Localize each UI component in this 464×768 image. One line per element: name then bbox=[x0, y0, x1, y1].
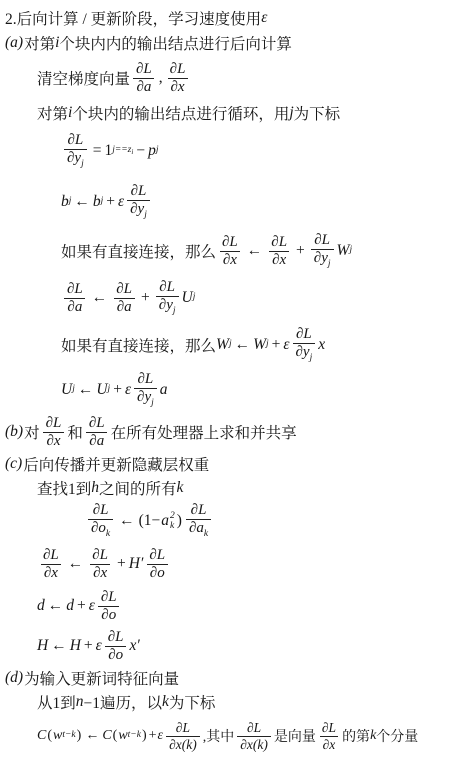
plus-sign: + bbox=[269, 336, 284, 354]
var-C: C bbox=[37, 728, 46, 744]
partial-y: ∂y bbox=[130, 201, 144, 217]
var-U: U bbox=[182, 289, 193, 307]
explain-text2: 是向量 bbox=[274, 726, 316, 746]
fraction-dL-da: ∂L∂a bbox=[86, 415, 108, 450]
numerator: ∂L bbox=[40, 547, 62, 564]
sup-sub-stack: 2k bbox=[170, 512, 175, 532]
numerator: ∂L bbox=[268, 234, 290, 251]
denominator: ∂x bbox=[90, 564, 110, 582]
step-b-text2: 和 bbox=[67, 421, 83, 443]
numerator: ∂L bbox=[293, 326, 315, 343]
sub-k: k bbox=[204, 529, 208, 539]
numerator: ∂L bbox=[86, 415, 108, 432]
loop-range-line: 从1到n−1遍历，以k为下标 bbox=[0, 690, 464, 714]
partial-y: ∂y bbox=[314, 250, 328, 266]
explain-text1: ,其中 bbox=[203, 726, 235, 746]
partial-a: ∂a bbox=[189, 520, 204, 536]
var-H-transpose: H′ bbox=[129, 555, 144, 573]
denominator: ∂a bbox=[133, 78, 154, 96]
fraction-dL-do: ∂L∂o bbox=[98, 589, 120, 624]
sub-j: j bbox=[81, 159, 84, 169]
condition-text: 如果有直接连接，那么 bbox=[61, 240, 216, 262]
sub-j: j bbox=[144, 210, 147, 220]
plus-sign: + bbox=[114, 555, 129, 573]
denominator: ∂x bbox=[41, 564, 61, 582]
plus-sign: + bbox=[110, 381, 125, 399]
step-a-text: 对第 bbox=[24, 32, 55, 54]
numerator: ∂L bbox=[219, 234, 241, 251]
var-n: n bbox=[76, 693, 84, 711]
direct-connection-x-line: 如果有直接连接，那么 ∂L∂x ← ∂L∂x + ∂L∂yj Wj bbox=[0, 228, 464, 274]
fraction-dL-dx: ∂L∂x bbox=[268, 234, 290, 269]
denominator: ∂o bbox=[147, 564, 168, 582]
formula-u-update: Uj ← Uj + ε ∂L∂yj a bbox=[0, 368, 464, 412]
assign-arrow: ← bbox=[232, 336, 254, 354]
sub-j: j bbox=[173, 306, 176, 316]
formula-h-update: H ← H + ε ∂L∂o x′ bbox=[0, 626, 464, 666]
step-a-text2: 个块内内的输出结点进行后向计算 bbox=[59, 32, 292, 54]
var-p: p bbox=[148, 142, 156, 160]
denominator: ∂x bbox=[320, 736, 339, 752]
plus-sign: + bbox=[148, 728, 158, 744]
fraction-dL-dyj: ∂L∂yj bbox=[64, 132, 87, 169]
var-a: a bbox=[160, 381, 168, 399]
assign-arrow: ← bbox=[116, 512, 138, 530]
var-x: x bbox=[318, 336, 325, 354]
numerator: ∂L bbox=[156, 279, 178, 296]
step-b-text1: 对 bbox=[24, 421, 40, 443]
numerator: ∂L bbox=[64, 132, 86, 149]
step-d-heading: (d)为输入更新词特征向量 bbox=[0, 666, 464, 690]
fraction-dL-dx: ∂L∂x bbox=[167, 61, 189, 96]
plus-sign: + bbox=[293, 242, 308, 260]
var-d: d bbox=[66, 597, 74, 615]
loop-range-text1: 从1到 bbox=[37, 691, 76, 713]
step-c-tag: (c) bbox=[5, 455, 23, 473]
var-b: b bbox=[61, 193, 69, 211]
epsilon-symbol: ε bbox=[96, 637, 102, 655]
open-paren-one-minus: (1− bbox=[138, 512, 162, 530]
denominator: ∂a bbox=[114, 298, 135, 316]
partial-y: ∂y bbox=[296, 344, 310, 360]
var-W: W bbox=[253, 336, 266, 354]
assign-arrow: ← bbox=[244, 242, 266, 260]
close-paren: ) bbox=[176, 512, 183, 530]
fraction-dL-dxk: ∂L∂x(k) bbox=[166, 720, 200, 751]
step-a-heading: (a)对第i个块内内的输出结点进行后向计算 bbox=[0, 30, 464, 56]
fraction-dL-dak: ∂L∂ak bbox=[186, 502, 211, 539]
direct-connection-w-line: 如果有直接连接，那么 Wj ← Wj + ε ∂L∂yj x bbox=[0, 322, 464, 368]
fraction-dL-dyj: ∂L∂yj bbox=[311, 232, 334, 269]
fraction-dL-dx: ∂L∂x bbox=[219, 234, 241, 269]
numerator: ∂L bbox=[105, 629, 127, 646]
epsilon-symbol: ε bbox=[118, 193, 124, 211]
denominator: ∂x bbox=[43, 432, 63, 450]
fraction-dL-dx: ∂L∂x bbox=[319, 720, 339, 751]
plus-sign: + bbox=[103, 193, 118, 211]
partial-y: ∂y bbox=[67, 150, 81, 166]
numerator: ∂L bbox=[173, 720, 193, 735]
step-d-text: 为输入更新词特征向量 bbox=[24, 667, 179, 689]
denominator: ∂yj bbox=[64, 149, 87, 170]
assign-arrow: ← bbox=[89, 289, 111, 307]
sub-j: j bbox=[310, 353, 313, 363]
var-x-transpose: x′ bbox=[130, 637, 140, 655]
denominator: ∂yj bbox=[156, 296, 179, 317]
fraction-dL-dx: ∂L∂x bbox=[89, 547, 111, 582]
fraction-dL-dok: ∂L∂ok bbox=[88, 502, 113, 539]
clear-gradient-line: 清空梯度向量 ∂L∂a , ∂L∂x bbox=[0, 56, 464, 100]
var-H: H bbox=[37, 637, 48, 655]
var-h: h bbox=[91, 479, 99, 497]
partial-o: ∂o bbox=[91, 520, 106, 536]
document-page: 2.后向计算 / 更新阶段，学习速度使用ε (a)对第i个块内内的输出结点进行后… bbox=[0, 6, 464, 758]
loop-range-text3: 为下标 bbox=[169, 691, 216, 713]
denominator: ∂ok bbox=[88, 519, 113, 540]
numerator: ∂L bbox=[244, 720, 264, 735]
sub-j: j bbox=[193, 293, 196, 303]
step-c-heading: (c)后向传播并更新隐藏层权重 bbox=[0, 452, 464, 476]
explain-text4: 个分量 bbox=[376, 726, 418, 746]
partial-y: ∂y bbox=[159, 297, 173, 313]
assign-arrow: ← bbox=[65, 555, 87, 573]
fraction-dL-da: ∂L∂a bbox=[64, 281, 86, 316]
fraction-dL-dyj: ∂L∂yj bbox=[134, 371, 157, 408]
step-a-tag: (a) bbox=[5, 34, 24, 52]
var-b: b bbox=[93, 193, 101, 211]
sub-j: j bbox=[349, 246, 352, 256]
loop-range-text2: −1遍历，以 bbox=[84, 691, 163, 713]
fraction-dL-da: ∂L∂a bbox=[113, 281, 135, 316]
denominator: ∂o bbox=[98, 606, 119, 624]
denominator: ∂a bbox=[86, 432, 107, 450]
formula-output-gradient: ∂L∂yj = 1j==zi − pj bbox=[0, 126, 464, 176]
denominator: ∂yj bbox=[311, 249, 334, 270]
fraction-dL-dyj: ∂L∂yj bbox=[156, 279, 179, 316]
numerator: ∂L bbox=[64, 281, 86, 298]
minus-sign: − bbox=[133, 142, 148, 160]
comma: , bbox=[158, 69, 164, 87]
close-paren: ) bbox=[141, 728, 148, 744]
epsilon-symbol: ε bbox=[158, 728, 164, 744]
step-b-tag: (b) bbox=[5, 423, 24, 441]
denominator: ∂x bbox=[168, 78, 188, 96]
fraction-dL-dyj: ∂L∂yj bbox=[127, 183, 150, 220]
loop-output-nodes-line: 对第i个块内的输出结点进行循环，用j为下标 bbox=[0, 100, 464, 126]
epsilon-symbol: ε bbox=[283, 336, 289, 354]
var-W: W bbox=[337, 242, 350, 260]
formula-hidden-gradient-a: ∂L∂a ← ∂L∂a + ∂L∂yj Uj bbox=[0, 274, 464, 322]
find-k-text1: 查找1到 bbox=[37, 477, 91, 499]
condition-text: 如果有直接连接，那么 bbox=[61, 334, 216, 356]
formula-bias-update: bj ← bj + ε ∂L∂yj bbox=[0, 176, 464, 228]
open-paren: ( bbox=[112, 728, 119, 744]
fraction-dL-dyj: ∂L∂yj bbox=[293, 326, 316, 363]
var-U: U bbox=[61, 381, 72, 399]
heading-backward-phase: 2.后向计算 / 更新阶段，学习速度使用ε bbox=[0, 6, 464, 30]
explain-text3: 的第 bbox=[342, 726, 370, 746]
loop-text1: 对第 bbox=[37, 102, 68, 124]
denominator: ∂o bbox=[105, 646, 126, 664]
formula-ok-gradient: ∂L∂ok ← (1− a 2k ) ∂L∂ak bbox=[0, 500, 464, 542]
equals-sign: = bbox=[90, 142, 105, 160]
assign-arrow: ← bbox=[75, 381, 97, 399]
denominator: ∂yj bbox=[134, 388, 157, 409]
var-a: a bbox=[161, 512, 169, 530]
assign-arrow: ← bbox=[48, 637, 70, 655]
assign-arrow: ← bbox=[71, 193, 93, 211]
denominator: ∂ak bbox=[186, 519, 211, 540]
numerator: ∂L bbox=[113, 281, 135, 298]
formula-d-update: d ← d + ε ∂L∂o bbox=[0, 586, 464, 626]
fraction-dL-dx: ∂L∂x bbox=[40, 547, 62, 582]
epsilon-symbol: ε bbox=[89, 597, 95, 615]
denominator: ∂x(k) bbox=[166, 736, 200, 752]
assign-arrow: ← bbox=[82, 728, 102, 744]
denominator: ∂yj bbox=[293, 343, 316, 364]
var-d: d bbox=[37, 597, 45, 615]
numerator: ∂L bbox=[319, 720, 339, 735]
numerator: ∂L bbox=[311, 232, 333, 249]
denominator: ∂x bbox=[269, 251, 289, 269]
find-k-line: 查找1到h之间的所有k bbox=[0, 476, 464, 500]
numerator: ∂L bbox=[167, 61, 189, 78]
epsilon-symbol: ε bbox=[261, 9, 267, 27]
fraction-dL-da: ∂L∂a bbox=[133, 61, 155, 96]
formula-x-gradient: ∂L∂x ← ∂L∂x + H′ ∂L∂o bbox=[0, 542, 464, 586]
epsilon-symbol: ε bbox=[125, 381, 131, 399]
plus-sign: + bbox=[81, 637, 96, 655]
plus-sign: + bbox=[138, 289, 153, 307]
numerator: ∂L bbox=[133, 61, 155, 78]
var-w: w bbox=[118, 728, 127, 744]
sub-t-minus-k: t−k bbox=[62, 731, 75, 741]
numerator: ∂L bbox=[188, 502, 210, 519]
sub-k: k bbox=[106, 529, 110, 539]
var-H: H bbox=[70, 637, 81, 655]
denominator: ∂x(k) bbox=[237, 736, 271, 752]
condition-text: j==z bbox=[112, 145, 131, 155]
step-b-line: (b)对 ∂L∂x 和 ∂L∂a 在所有处理器上求和并共享 bbox=[0, 412, 464, 452]
var-U: U bbox=[96, 381, 107, 399]
denominator: ∂yj bbox=[127, 200, 150, 221]
var-w: w bbox=[53, 728, 62, 744]
assign-arrow: ← bbox=[45, 597, 67, 615]
clear-gradient-text: 清空梯度向量 bbox=[37, 67, 130, 89]
step-b-text3: 在所有处理器上求和并共享 bbox=[111, 421, 297, 443]
step-c-text: 后向传播并更新隐藏层权重 bbox=[23, 453, 209, 475]
formula-word-vector-update: C(wt−k) ← C(wt−k) + ε ∂L∂x(k) ,其中 ∂L∂x(k… bbox=[0, 714, 464, 758]
var-k: k bbox=[162, 693, 169, 711]
fraction-dL-do: ∂L∂o bbox=[105, 629, 127, 664]
sub-t-minus-k: t−k bbox=[128, 731, 141, 741]
sub-j: j bbox=[151, 398, 154, 408]
sub-j: j bbox=[328, 259, 331, 269]
partial-y: ∂y bbox=[137, 389, 151, 405]
var-W: W bbox=[216, 336, 229, 354]
numerator: ∂L bbox=[90, 502, 112, 519]
denominator: ∂a bbox=[64, 298, 85, 316]
find-k-text2: 之间的所有 bbox=[99, 477, 177, 499]
denominator: ∂x bbox=[220, 251, 240, 269]
sub-k: k bbox=[170, 522, 174, 532]
heading-text: 2.后向计算 / 更新阶段，学习速度使用 bbox=[5, 7, 261, 29]
var-k: k bbox=[177, 479, 184, 497]
numerator: ∂L bbox=[98, 589, 120, 606]
numerator: ∂L bbox=[43, 415, 65, 432]
sub-j: j bbox=[156, 146, 159, 156]
numerator: ∂L bbox=[135, 371, 157, 388]
step-d-tag: (d) bbox=[5, 669, 24, 687]
fraction-dL-do: ∂L∂o bbox=[146, 547, 168, 582]
numerator: ∂L bbox=[146, 547, 168, 564]
numerator: ∂L bbox=[89, 547, 111, 564]
open-paren: ( bbox=[46, 728, 53, 744]
var-C: C bbox=[102, 728, 111, 744]
fraction-dL-dx: ∂L∂x bbox=[43, 415, 65, 450]
loop-text3: 为下标 bbox=[294, 102, 341, 124]
loop-text2: 个块内的输出结点进行循环，用 bbox=[72, 102, 289, 124]
plus-sign: + bbox=[74, 597, 89, 615]
fraction-dL-dxk: ∂L∂x(k) bbox=[237, 720, 271, 751]
numerator: ∂L bbox=[128, 183, 150, 200]
indicator-condition: j==zi bbox=[112, 146, 133, 156]
close-paren: ) bbox=[76, 728, 83, 744]
